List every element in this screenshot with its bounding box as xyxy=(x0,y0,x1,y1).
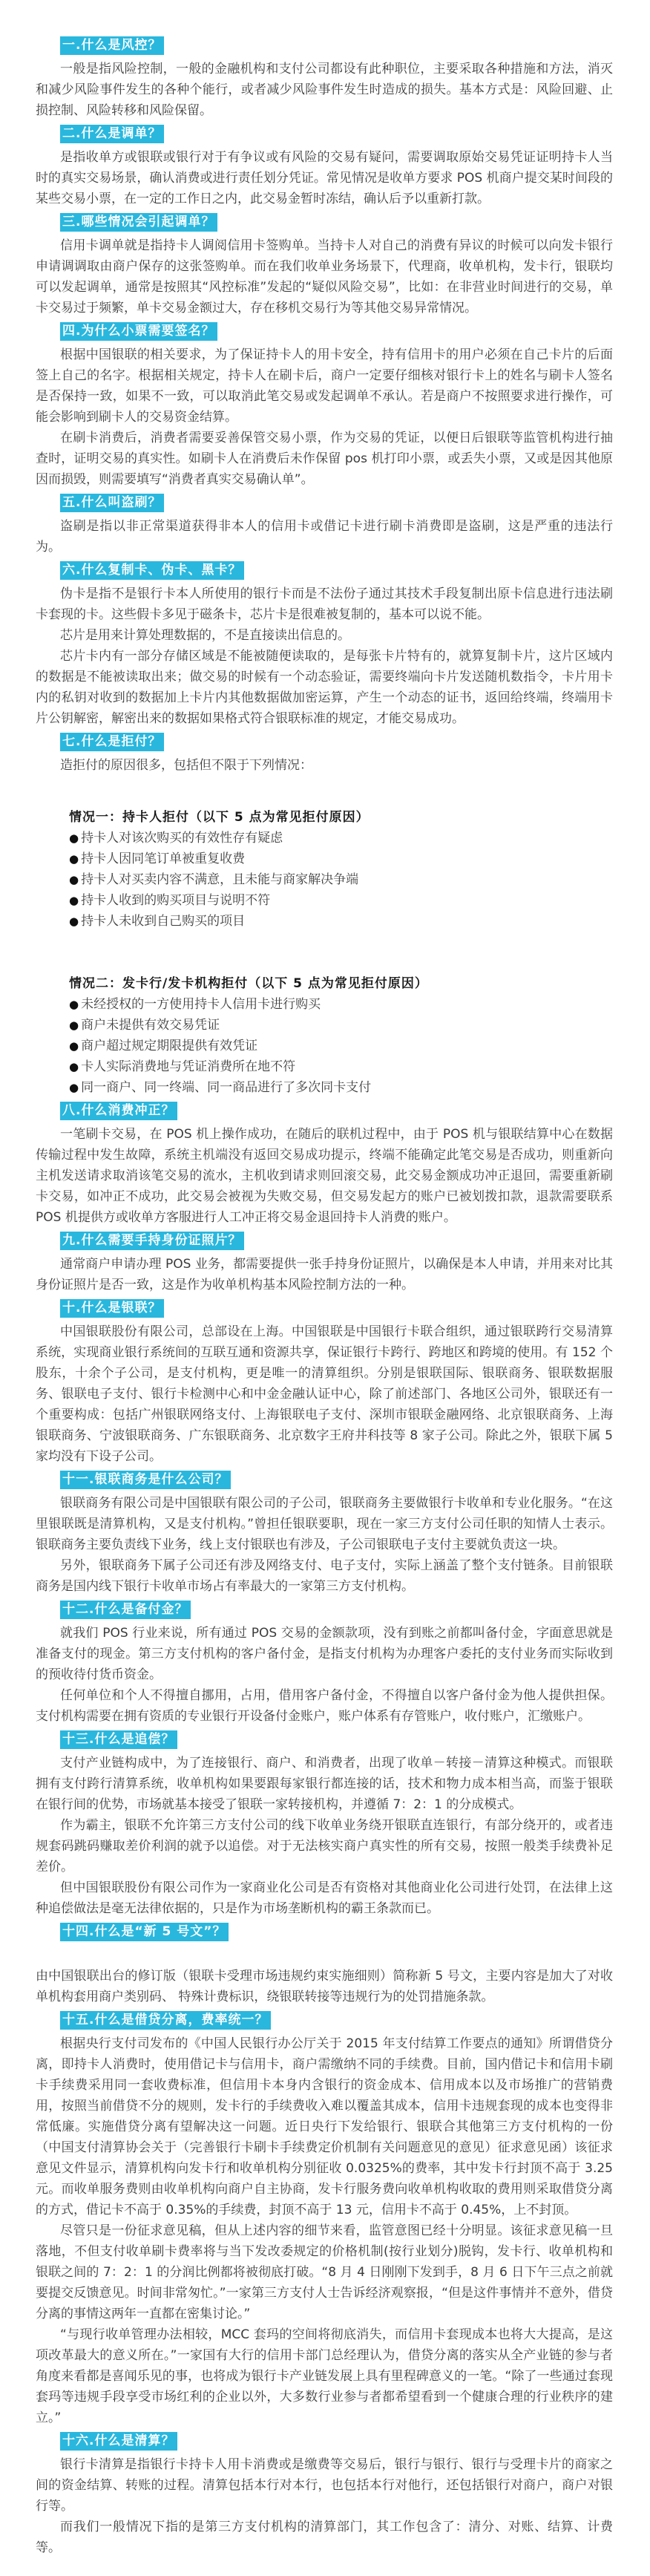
section-header: 六.什么复制卡、伪卡、黑卡？ xyxy=(60,561,244,580)
bullet-icon: ● xyxy=(69,1015,79,1036)
case-heading: 情况二：发卡行/发卡机构拒付（以下 5 点为常见拒付原因） xyxy=(69,973,613,994)
section-header: 五.什么叫盗刷？ xyxy=(60,494,164,512)
bullet-icon: ● xyxy=(69,1077,79,1098)
spacer xyxy=(36,776,613,807)
section-header: 四.为什么小票需要签名？ xyxy=(60,322,217,341)
paragraph: 另外，银联商务下属子公司还有涉及网络支付、电子支付，实际上涵盖了整个支付链条。目… xyxy=(36,1555,613,1597)
section: 四.为什么小票需要签名？根据中国银联的相关要求，为了保证持卡人的用卡安全，持有信… xyxy=(36,318,613,490)
paragraph: 盗刷是指以非正常渠道获得非本人的信用卡或借记卡进行刷卡消费即是盗刷，这是严重的违… xyxy=(36,516,613,558)
section: 十五.什么是借贷分离，费率统一？根据央行支付司发布的《中国人民银行办公厅关于 2… xyxy=(36,2007,613,2428)
case-heading: 情况一：持卡人拒付（以下 5 点为常见拒付原因） xyxy=(69,807,613,828)
bullet-icon: ● xyxy=(69,911,79,932)
section-header: 十一.银联商务是什么公司？ xyxy=(60,1471,231,1489)
paragraph: 一般是指风险控制，一般的金融机构和支付公司都设有此种职位，主要采取各种措施和方法… xyxy=(36,59,613,121)
section-header: 二.什么是调单？ xyxy=(60,125,164,143)
paragraph: 而我们一般情况下指的是第三方支付机构的清算部门，其工作包含了：清分、对账、结算、… xyxy=(36,2517,613,2558)
section-header: 九.什么需要手持身份证照片？ xyxy=(60,1232,244,1250)
section-header: 十二.什么是备付金？ xyxy=(60,1601,191,1619)
paragraph: 中国银联股份有限公司，总部设在上海。中国银联是中国银行卡联合组织，通过银联跨行交… xyxy=(36,1321,613,1467)
bullet-text: 持卡人对买卖内容不满意，且未能与商家解决争端 xyxy=(81,872,358,887)
bullet-item: ●持卡人对该次购买的有效性存有疑虑 xyxy=(69,828,613,849)
section-header: 十三.什么是追偿？ xyxy=(60,1730,177,1749)
section: 二.什么是调单？是指收单方或银联或银行对于有争议或有风险的交易有疑问，需要调取原… xyxy=(36,121,613,209)
bullet-icon: ● xyxy=(69,828,79,849)
paragraph: 支付产业链构成中，为了连接银行、商户、和消费者，出现了收单－转接－清算这种模式。… xyxy=(36,1753,613,1815)
section: 八.什么消费冲正？一笔刷卡交易，在 POS 机上操作成功，在随后的联机过程中，由… xyxy=(36,1098,613,1228)
bullet-item: ●持卡人对买卖内容不满意，且未能与商家解决争端 xyxy=(69,869,613,890)
paragraph: 是指收单方或银联或银行对于有争议或有风险的交易有疑问，需要调取原始交易凭证证明持… xyxy=(36,147,613,209)
bullet-text: 持卡人对该次购买的有效性存有疑虑 xyxy=(81,831,283,846)
paragraph: 作为霸主，银联不允许第三方支付公司的线下收单业务绕开银联直连银行，有部分绕开的，… xyxy=(36,1815,613,1877)
bullet-text: 商户未提供有效交易凭证 xyxy=(81,1018,220,1033)
section-header: 七.什么是拒付？ xyxy=(60,733,164,751)
bullet-item: ●商户未提供有效交易凭证 xyxy=(69,1015,613,1036)
section: 十一.银联商务是什么公司？银联商务有限公司是中国银联有限公司的子公司，银联商务主… xyxy=(36,1467,613,1597)
bullet-icon: ● xyxy=(69,994,79,1015)
paragraph: 由中国银联出台的修订版（银联卡受理市场违规约束实施细则）简称新 5 号文，主要内… xyxy=(36,1966,613,2007)
bullet-item: ●持卡人收到的购买项目与说明不符 xyxy=(69,890,613,911)
bullet-item: ●同一商户、同一终端、同一商品进行了多次同卡支付 xyxy=(69,1077,613,1098)
bullet-icon: ● xyxy=(69,849,79,869)
bullet-text: 未经授权的一方使用持卡人信用卡进行购买 xyxy=(81,997,321,1012)
paragraph: 任何单位和个人不得擅自挪用，占用，借用客户备付金，不得擅自以客户备付金为他人提供… xyxy=(36,1685,613,1727)
section: 六.什么复制卡、伪卡、黑卡？伪卡是指不是银行卡本人所使用的银行卡而是不法份子通过… xyxy=(36,558,613,729)
section-header: 三.哪些情况会引起调单？ xyxy=(60,213,217,232)
paragraph: 一笔刷卡交易，在 POS 机上操作成功，在随后的联机过程中，由于 POS 机与银… xyxy=(36,1124,613,1228)
spacer xyxy=(36,1945,613,1966)
section: 三.哪些情况会引起调单？信用卡调单就是指持卡人调阅信用卡签购单。当持卡人对自己的… xyxy=(36,209,613,318)
bullet-icon: ● xyxy=(69,869,79,890)
bullet-item: ●商户超过规定期限提供有效凭证 xyxy=(69,1036,613,1056)
spacer xyxy=(36,932,613,973)
section-header: 一.什么是风控？ xyxy=(60,36,164,55)
bullet-text: 商户超过规定期限提供有效凭证 xyxy=(81,1039,257,1053)
paragraph: “与现行收单管理办法相较，MCC 套玛的空间将彻底消失，而信用卡套现成本也将大大… xyxy=(36,2324,613,2428)
paragraph: 在刷卡消费后，消费者需要妥善保管交易小票，作为交易的凭证，以便日后银联等监管机构… xyxy=(36,428,613,490)
bullet-item: ●持卡人未收到自己购买的项目 xyxy=(69,911,613,932)
paragraph: 芯片卡内有一部分存储区域是不能被随便读取的，是每张卡片特有的，就算复制卡片，这片… xyxy=(36,646,613,729)
section-header: 八.什么消费冲正？ xyxy=(60,1102,177,1120)
paragraph: 银行卡清算是指银行卡持卡人用卡消费或是缴费等交易后，银行与银行、银行与受理卡片的… xyxy=(36,2454,613,2517)
section: 十三.什么是追偿？支付产业链构成中，为了连接银行、商户、和消费者，出现了收单－转… xyxy=(36,1727,613,1919)
bullet-text: 同一商户、同一终端、同一商品进行了多次同卡支付 xyxy=(81,1080,371,1095)
paragraph: 银联商务有限公司是中国银联有限公司的子公司，银联商务主要做银行卡收单和专业化服务… xyxy=(36,1493,613,1555)
paragraph: 伪卡是指不是银行卡本人所使用的银行卡而是不法份子通过其技术手段复制出原卡信息进行… xyxy=(36,583,613,625)
section: 九.什么需要手持身份证照片？通常商户申请办理 POS 业务，都需要提供一张手持身… xyxy=(36,1228,613,1295)
bullet-text: 持卡人因同笔订单被重复收费 xyxy=(81,851,245,866)
bullet-item: ●未经授权的一方使用持卡人信用卡进行购买 xyxy=(69,994,613,1015)
paragraph: 根据中国银联的相关要求，为了保证持卡人的用卡安全，持有信用卡的用户必须在自己卡片… xyxy=(36,344,613,428)
paragraph: 就我们 POS 行业来说，所有通过 POS 交易的金额款项，没有到账之前都叫备付… xyxy=(36,1623,613,1685)
section: 十六.什么是清算？银行卡清算是指银行卡持卡人用卡消费或是缴费等交易后，银行与银行… xyxy=(36,2428,613,2558)
bullet-icon: ● xyxy=(69,1036,79,1056)
section-header: 十六.什么是清算？ xyxy=(60,2432,177,2451)
bullet-text: 持卡人收到的购买项目与说明不符 xyxy=(81,893,270,908)
section: 七.什么是拒付？造拒付的原因很多，包括但不限于下列情况：情况一：持卡人拒付（以下… xyxy=(36,729,613,1098)
section: 一.什么是风控？一般是指风险控制，一般的金融机构和支付公司都设有此种职位，主要采… xyxy=(36,33,613,121)
section: 十.什么是银联？中国银联股份有限公司，总部设在上海。中国银联是中国银行卡联合组织… xyxy=(36,1295,613,1467)
bullet-text: 持卡人未收到自己购买的项目 xyxy=(81,914,245,929)
bullet-icon: ● xyxy=(69,1056,79,1077)
section: 五.什么叫盗刷？盗刷是指以非正常渠道获得非本人的信用卡或借记卡进行刷卡消费即是盗… xyxy=(36,490,613,558)
bullet-item: ●持卡人因同笔订单被重复收费 xyxy=(69,849,613,869)
paragraph: 通常商户申请办理 POS 业务，都需要提供一张手持身份证照片，以确保是本人申请，… xyxy=(36,1254,613,1295)
section-header: 十五.什么是借贷分离，费率统一？ xyxy=(60,2011,271,2030)
section: 十二.什么是备付金？就我们 POS 行业来说，所有通过 POS 交易的金额款项，… xyxy=(36,1597,613,1727)
paragraph: 芯片是用来计算处理数据的，不是直接读出信息的。 xyxy=(36,625,613,646)
paragraph: 信用卡调单就是指持卡人调阅信用卡签购单。当持卡人对自己的消费有异议的时候可以向发… xyxy=(36,235,613,318)
paragraph: 造拒付的原因很多，包括但不限于下列情况： xyxy=(36,755,613,776)
bullet-icon: ● xyxy=(69,890,79,911)
section-header: 十四.什么是“新 5 号文”？ xyxy=(60,1923,229,1941)
bullet-text: 卡人实际消费地与凭证消费所在地不符 xyxy=(81,1059,295,1074)
bullet-item: ●卡人实际消费地与凭证消费所在地不符 xyxy=(69,1056,613,1077)
paragraph: 尽管只是一份征求意见稿，但从上述内容的细节来看，监管意图已经十分明显。该征求意见… xyxy=(36,2220,613,2324)
paragraph: 但中国银联股份有限公司作为一家商业化公司是否有资格对其他商业化公司进行处罚，在法… xyxy=(36,1877,613,1919)
section-header: 十.什么是银联？ xyxy=(60,1299,164,1318)
document-page: 一.什么是风控？一般是指风险控制，一般的金融机构和支付公司都设有此种职位，主要采… xyxy=(0,0,650,2576)
paragraph: 根据央行支付司发布的《中国人民银行办公厅关于 2015 年支付结算工作要点的通知… xyxy=(36,2033,613,2220)
section: 十四.什么是“新 5 号文”？由中国银联出台的修订版（银联卡受理市场违规约束实施… xyxy=(36,1919,613,2007)
